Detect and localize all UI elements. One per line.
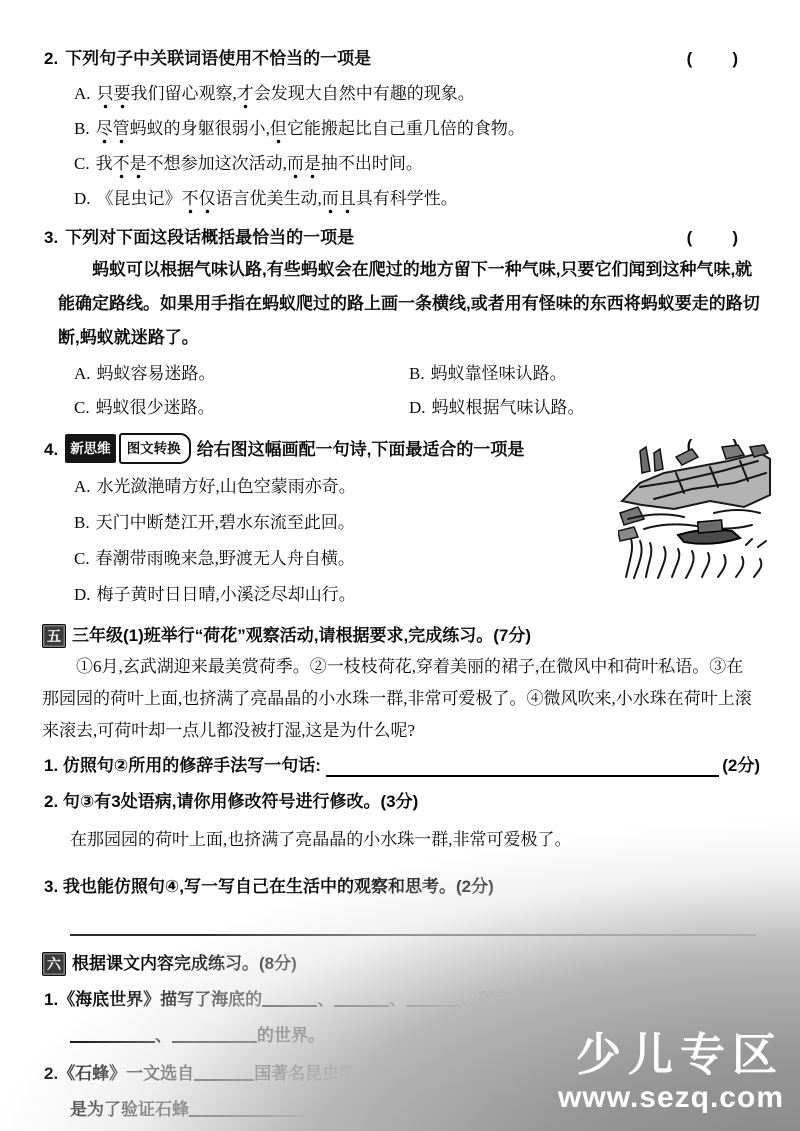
boat-illustration-svg xyxy=(618,443,772,580)
answer-blank-line xyxy=(70,934,756,936)
sec6-question-1-line-1: 1.《海底世界》描写了海底的、、、矿藏等,说明了海底是个 xyxy=(44,982,760,1018)
question-3-title: 3.下列对下面这段话概括最恰当的一项是 xyxy=(44,225,354,250)
emphasized-word: 不仅 xyxy=(182,189,216,214)
sec5-q1-label: 1. 仿照句②所用的修辞手法写一句话: xyxy=(44,749,321,783)
fill-in-blank xyxy=(458,1065,518,1081)
text-image-conversion-badge: 图文转换 xyxy=(119,433,191,464)
section-5: 五 三年级(1)班举行“荷花”观察活动,请根据要求,完成练习。(7分) ①6月,… xyxy=(44,623,760,936)
emphasized-word: 而是 xyxy=(287,154,321,179)
question-number: 4. xyxy=(44,440,58,459)
fill-in-blank xyxy=(262,991,317,1007)
question-2-title: 2.下列句子中关联词语使用不恰当的一项是 xyxy=(44,46,371,71)
question-4-title: 4.新思维图文转换给右图这幅画配一句诗,下面最适合的一项是 xyxy=(44,433,524,464)
answer-bracket: ( ) xyxy=(687,225,740,250)
question-3-head: 3.下列对下面这段话概括最恰当的一项是 ( ) xyxy=(44,225,760,250)
emphasized-word: 但 xyxy=(270,119,287,144)
q3-passage: 蚂蚁可以根据气味认路,有些蚂蚁会在爬过的地方留下一种气味,只要它们闻到这种气味,… xyxy=(58,253,760,355)
sec5-subquestion-3: 3. 我也能仿照句④,写一写自己在生活中的观察和思考。(2分) xyxy=(44,870,760,904)
sec5-subquestion-2: 2. 句③有3处语病,请你用修改符号进行修改。(3分) xyxy=(44,785,760,819)
fill-in-blank xyxy=(172,1027,257,1043)
question-2-options: A.只要我们留心观察,才会发现大自然中有趣的现象。 B.尽管蚂蚁的身躯很弱小,但… xyxy=(74,76,760,216)
section-5-head: 五 三年级(1)班举行“荷花”观察活动,请根据要求,完成练习。(7分) xyxy=(42,623,760,649)
q3-option-b: B.蚂蚁靠怪味认路。 xyxy=(409,357,760,391)
sec5-subquestion-1: 1. 仿照句②所用的修辞手法写一句话: (2分) xyxy=(44,749,760,783)
q2-option-d: D.《昆虫记》不仅语言优美生动,而且具有科学性。 xyxy=(74,181,760,216)
question-3-options: A.蚂蚁容易迷路。 B.蚂蚁靠怪味认路。 C.蚂蚁很少迷路。 D.蚂蚁根据气味认… xyxy=(74,357,760,425)
question-2: 2.下列句子中关联词语使用不恰当的一项是 ( ) A.只要我们留心观察,才会发现… xyxy=(44,46,760,216)
emphasized-word: 尽管 xyxy=(96,119,130,144)
q2-option-c: C.我不是不想参加这次活动,而是抽不出时间。 xyxy=(74,146,760,181)
fill-in-blank xyxy=(406,991,461,1007)
q2-option-a: A.只要我们留心观察,才会发现大自然中有趣的现象。 xyxy=(74,76,760,111)
answer-blank-line xyxy=(326,773,719,777)
section-6-head: 六 根据课文内容完成练习。(8分) xyxy=(42,951,760,977)
watermark-url: www.sezq.com xyxy=(558,1081,784,1116)
fill-in-blank xyxy=(70,1027,155,1043)
emphasized-word: 只要 xyxy=(97,84,131,109)
watermark-title: 少儿专区 xyxy=(558,1029,784,1081)
new-thinking-badge: 新思维 xyxy=(65,434,116,463)
question-number: 2. xyxy=(44,49,58,68)
watermark: 少儿专区 www.sezq.com xyxy=(558,1029,784,1115)
section-6-title: 根据课文内容完成练习。(8分) xyxy=(72,951,297,977)
emphasized-word: 而且 xyxy=(322,189,356,214)
sec5-q1-score: (2分) xyxy=(722,749,760,783)
q3-option-d: D.蚂蚁根据气味认路。 xyxy=(409,391,760,425)
answer-bracket: ( ) xyxy=(687,46,740,71)
q2-option-b: B.尽管蚂蚁的身躯很弱小,但它能搬起比自己重几倍的食物。 xyxy=(74,111,760,146)
section-6-marker: 六 xyxy=(42,952,66,976)
landscape-boat-illustration xyxy=(618,443,772,580)
worksheet-page: 2.下列句子中关联词语使用不恰当的一项是 ( ) A.只要我们留心观察,才会发现… xyxy=(0,0,800,1131)
fill-in-blank xyxy=(194,1065,254,1081)
question-3: 3.下列对下面这段话概括最恰当的一项是 ( ) 蚂蚁可以根据气味认路,有些蚂蚁会… xyxy=(44,225,760,425)
question-2-head: 2.下列句子中关联词语使用不恰当的一项是 ( ) xyxy=(44,46,760,71)
section-5-title: 三年级(1)班举行“荷花”观察活动,请根据要求,完成练习。(7分) xyxy=(72,623,531,649)
fill-in-blank xyxy=(334,991,389,1007)
q3-option-a: A.蚂蚁容易迷路。 xyxy=(74,357,409,391)
q3-option-c: C.蚂蚁很少迷路。 xyxy=(74,391,409,425)
lotus-passage: ①6月,玄武湖迎来最美赏荷季。②一枝枝荷花,穿着美丽的裙子,在微风中和荷叶私语。… xyxy=(42,651,760,747)
emphasized-word: 不是 xyxy=(113,154,147,179)
emphasized-word: 才 xyxy=(237,84,254,109)
sec5-q2-sentence: 在那园园的荷叶上面,也挤满了亮晶晶的小水珠一群,非常可爱极了。 xyxy=(70,823,760,857)
fill-in-blank xyxy=(189,1101,304,1117)
question-number: 3. xyxy=(44,228,58,247)
q4-option-d: D.梅子黄时日日晴,小溪泛尽却山行。 xyxy=(74,577,760,613)
section-5-marker: 五 xyxy=(42,624,66,648)
